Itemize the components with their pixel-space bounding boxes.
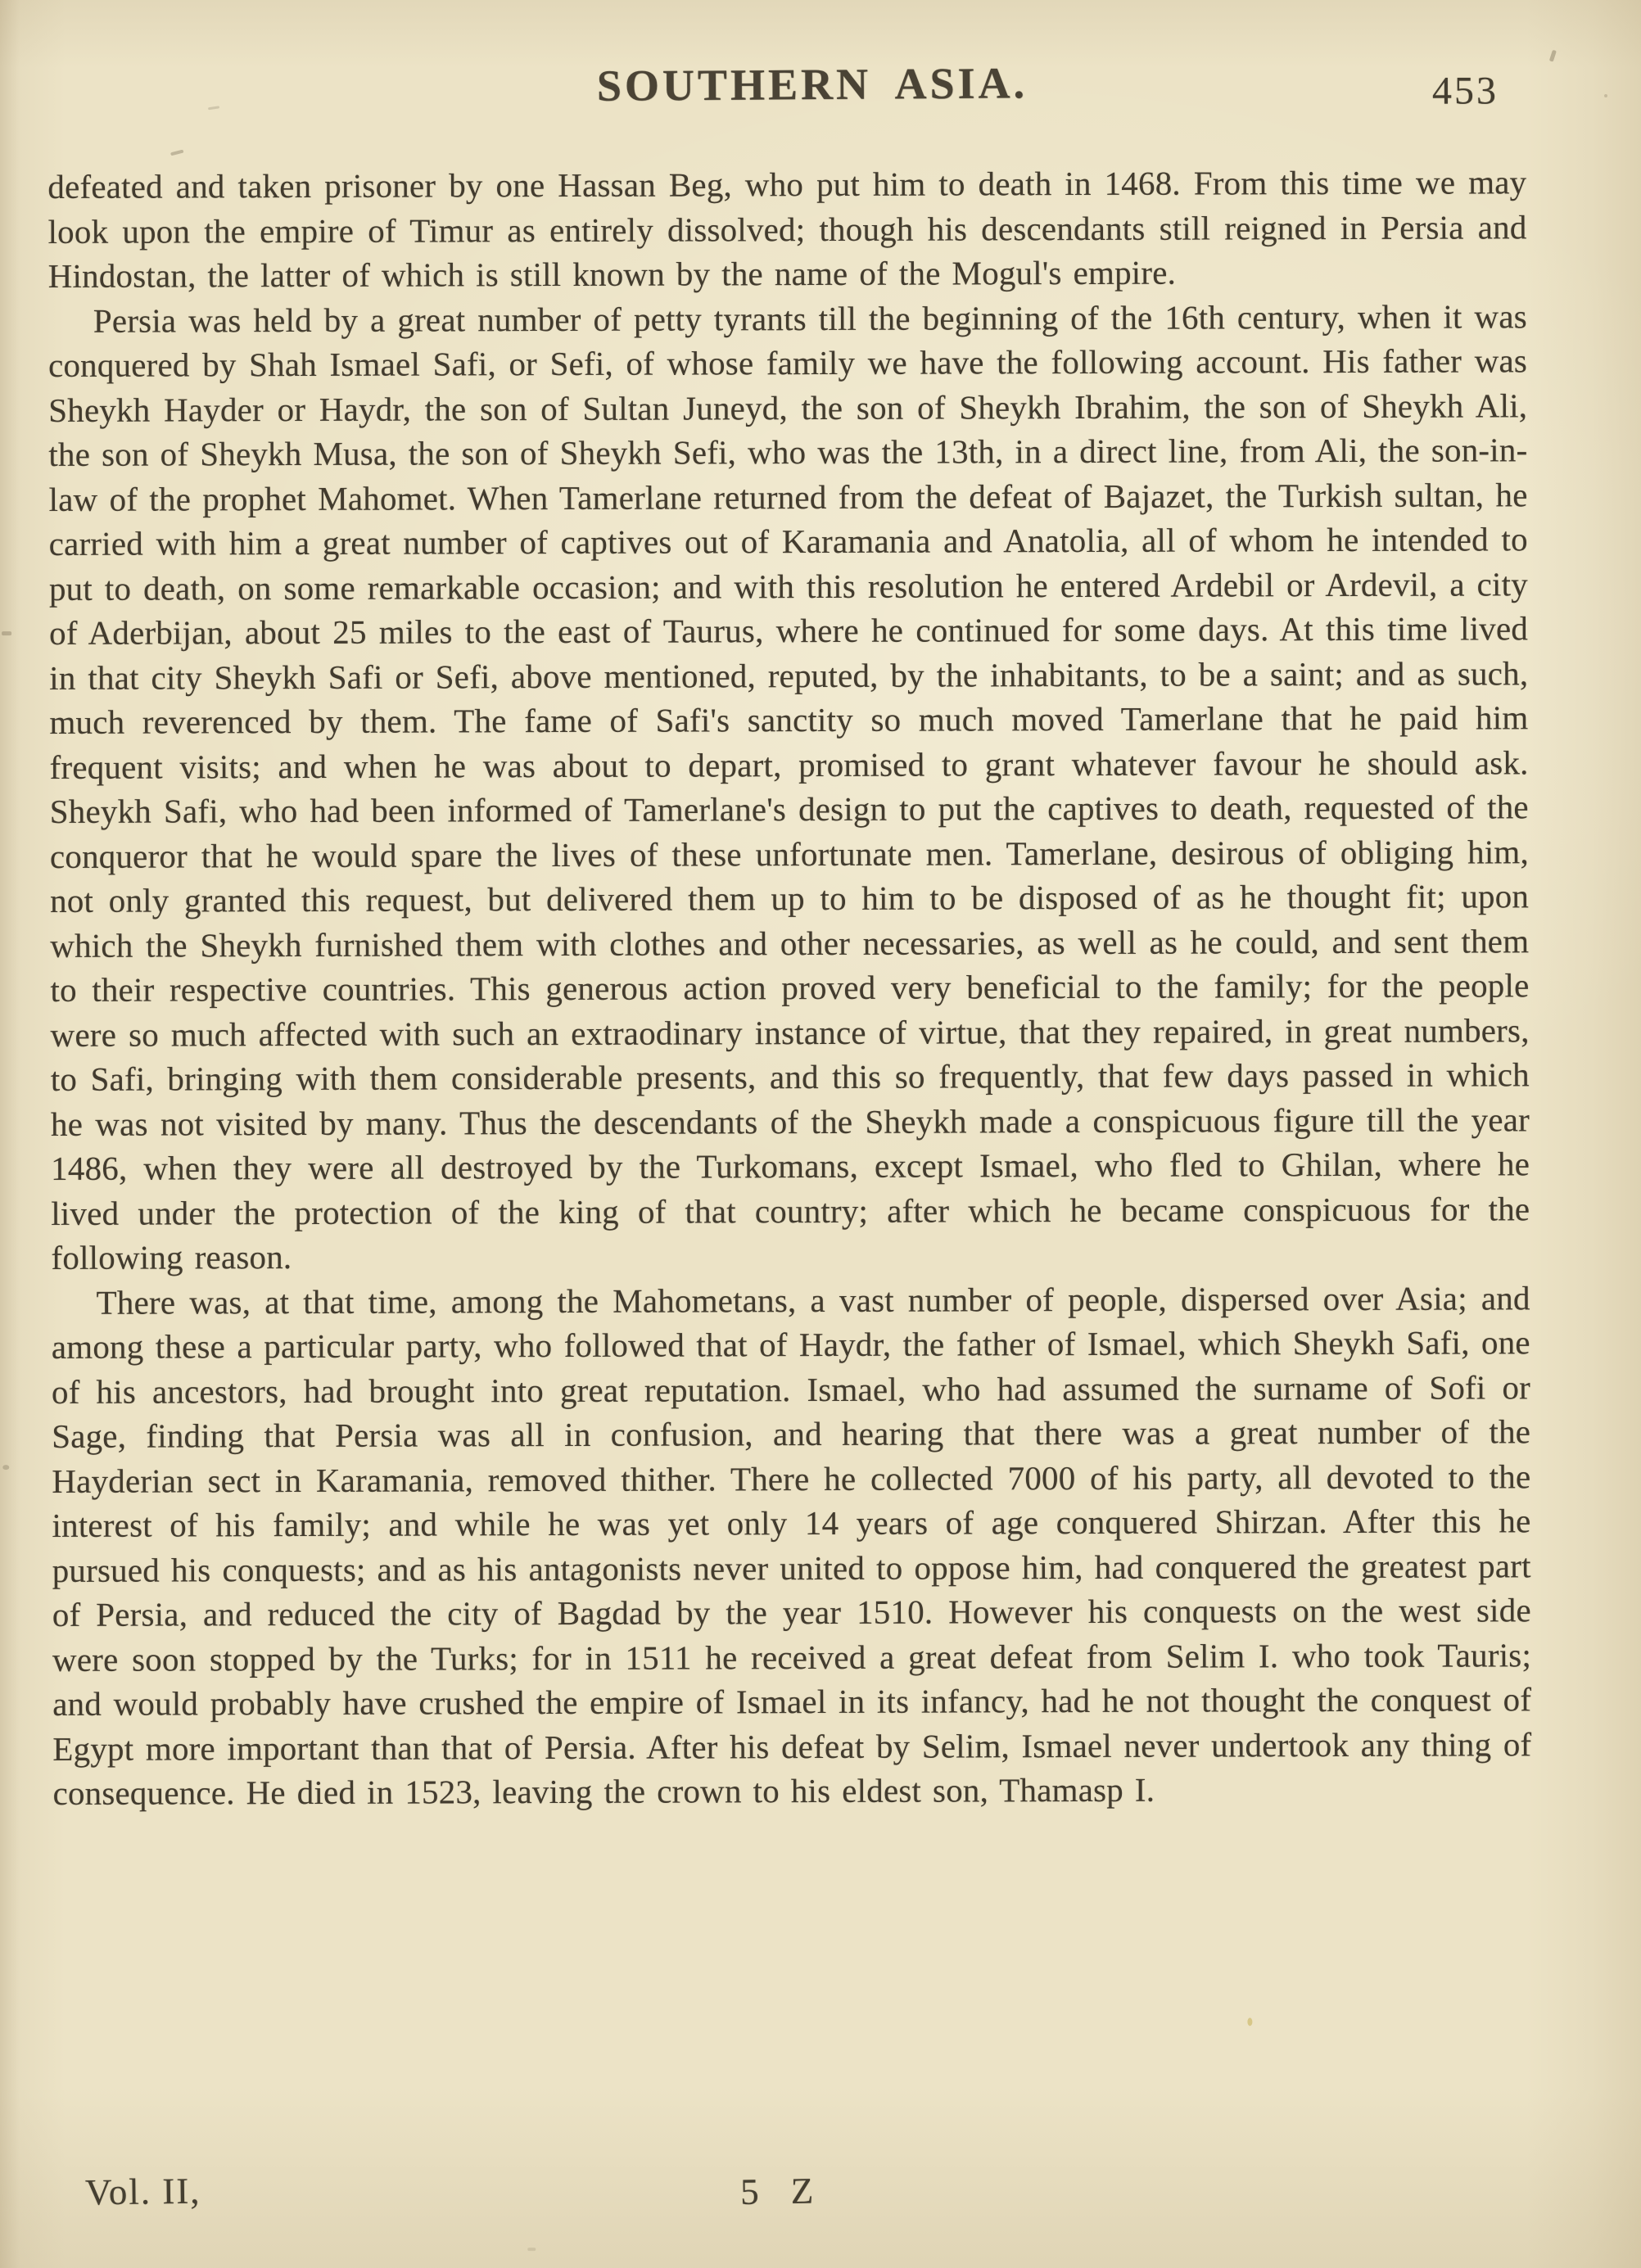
- volume-label: Vol. II,: [85, 2170, 201, 2214]
- ink-speck: [170, 150, 183, 156]
- page-heading: SOUTHERN ASIA.: [47, 54, 1577, 115]
- running-head: SOUTHERN ASIA. 453: [47, 56, 1577, 119]
- ink-speck: [2, 631, 11, 635]
- page-text: defeated and taken prisoner by one Hassa…: [47, 160, 1531, 1815]
- ink-speck: [527, 2248, 536, 2251]
- ink-speck: [2, 1465, 9, 1470]
- scanned-content: SOUTHERN ASIA. 453 defeated and taken pr…: [0, 0, 1641, 2268]
- paragraph: Persia was held by a great number of pet…: [48, 294, 1530, 1281]
- ink-speck: [1604, 94, 1607, 97]
- paragraph: defeated and taken prisoner by one Hassa…: [47, 160, 1527, 298]
- printer-signature: 5 Z: [740, 2169, 825, 2213]
- page-number: 453: [1432, 68, 1499, 113]
- book-page: SOUTHERN ASIA. 453 defeated and taken pr…: [0, 0, 1641, 2268]
- paragraph: There was, at that time, among the Mahom…: [52, 1276, 1532, 1816]
- paper-stain: [1247, 2017, 1252, 2026]
